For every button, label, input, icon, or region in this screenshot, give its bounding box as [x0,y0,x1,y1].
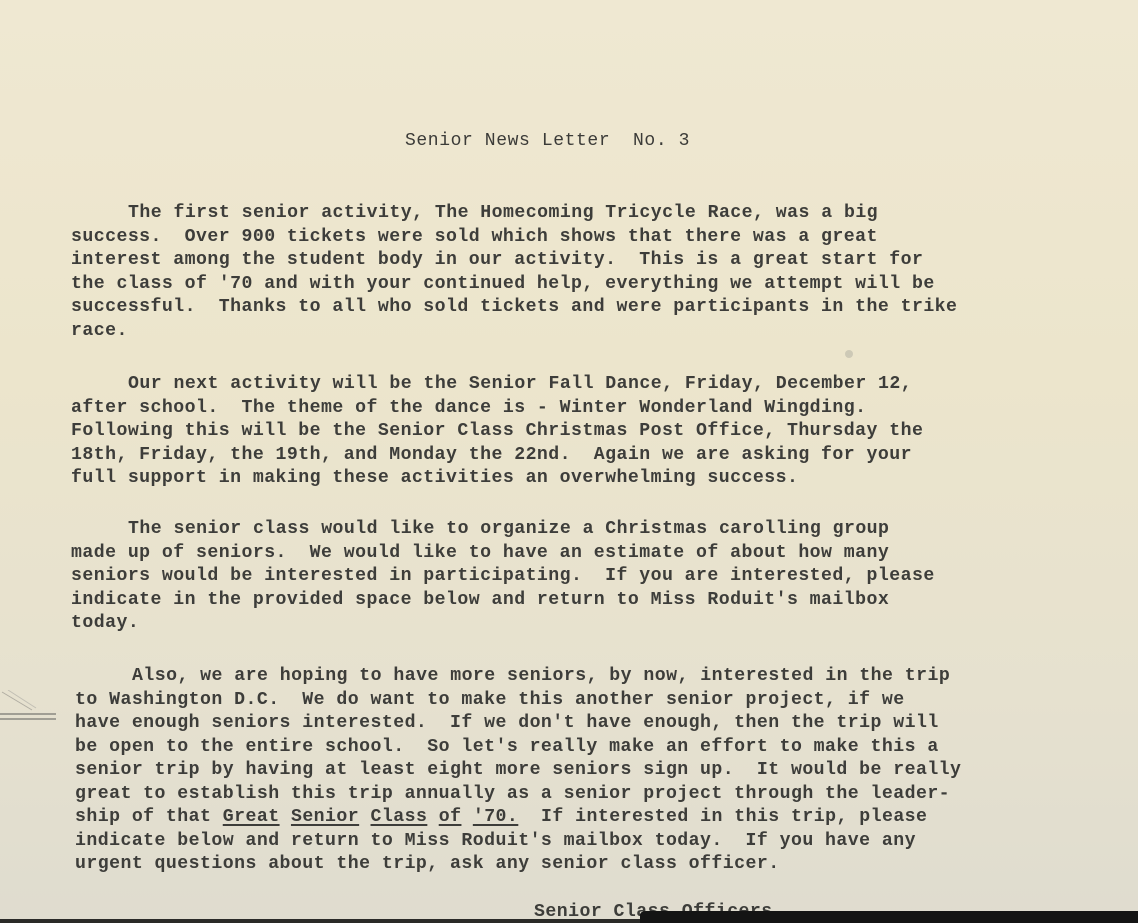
text-line: success. Over 900 tickets were sold whic… [71,226,957,250]
text-line: to Washington D.C. We do want to make th… [75,689,961,713]
underlined-word: '70. [473,807,518,827]
text-line: The senior class would like to organize … [71,518,935,542]
text-line-underlined-class: ship of that Great Senior Class of '70. … [75,806,961,830]
underlined-word: Class [371,807,428,827]
page-bottom-edge [640,911,1138,923]
text-segment: If interested in this trip, please [518,807,927,827]
text-line: indicate below and return to Miss Roduit… [75,830,961,854]
text-line: have enough seniors interested. If we do… [75,712,961,736]
text-line: Also, we are hoping to have more seniors… [75,665,961,689]
text-line: Following this will be the Senior Class … [71,420,923,444]
text-line: today. [71,612,935,636]
paragraph-fall-dance: Our next activity will be the Senior Fal… [71,373,923,491]
text-line: interest among the student body in our a… [71,249,957,273]
text-line: the class of '70 and with your continued… [71,273,957,297]
pencil-margin-mark [0,690,60,730]
text-line: be open to the entire school. So let's r… [75,736,961,760]
document-page: Senior News Letter No. 3 The first senio… [0,0,1138,923]
newsletter-title: Senior News Letter No. 3 [405,131,690,151]
text-line: urgent questions about the trip, ask any… [75,853,961,877]
paragraph-washington-trip: Also, we are hoping to have more seniors… [75,665,961,877]
text-line: indicate in the provided space below and… [71,589,935,613]
text-line: Our next activity will be the Senior Fal… [71,373,923,397]
text-segment: ship of that [75,807,223,827]
text-line: senior trip by having at least eight mor… [75,759,961,783]
text-line: The first senior activity, The Homecomin… [71,202,957,226]
text-line: seniors would be interested in participa… [71,565,935,589]
text-line: 18th, Friday, the 19th, and Monday the 2… [71,444,923,468]
text-line: great to establish this trip annually as… [75,783,961,807]
underlined-word: Senior [291,807,359,827]
paragraph-homecoming-race: The first senior activity, The Homecomin… [71,202,957,343]
underlined-word: of [439,807,462,827]
ink-smudge [845,350,853,358]
text-line: after school. The theme of the dance is … [71,397,923,421]
text-line: race. [71,320,957,344]
text-line: made up of seniors. We would like to hav… [71,542,935,566]
underlined-word: Great [223,807,280,827]
paragraph-carolling-group: The senior class would like to organize … [71,518,935,636]
text-line: successful. Thanks to all who sold ticke… [71,296,957,320]
text-line: full support in making these activities … [71,467,923,491]
